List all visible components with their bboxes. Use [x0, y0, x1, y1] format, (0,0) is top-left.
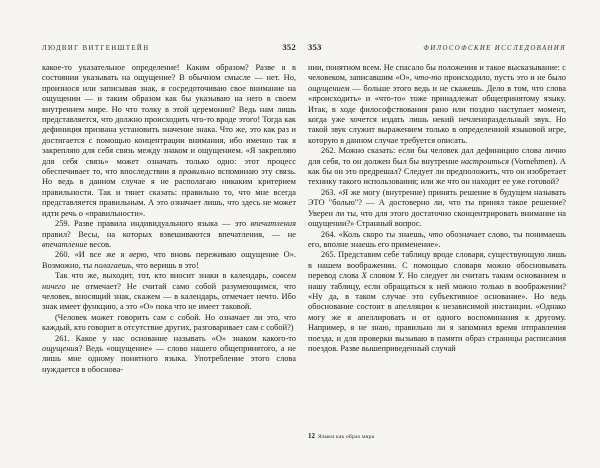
paragraph: какое-то указательное определение! Каким… [42, 63, 296, 219]
paragraph: 265. Представим себе таблицу вроде слова… [308, 250, 566, 354]
text-run: (Человек может говорить сам с собой. Но … [42, 313, 296, 332]
paragraph: 259. Разве правила индивидуального языка… [42, 219, 296, 250]
book-spread: ЛЮДВИГ ВИТГЕНШТЕЙН 352 какое-то указател… [0, 0, 600, 468]
running-head-right: 353 ФИЛОСОФСКИЕ ИССЛЕДОВАНИЯ [308, 42, 566, 52]
paragraph: Так что же, выходит, тот, кто вносит зна… [42, 271, 296, 313]
paragraph: 264. «Коль скоро ты знаешь, что обознача… [308, 230, 566, 251]
text-run: 259. Разве правила индивидуального языка… [55, 219, 251, 228]
signature-mark: 12 Языки как образ мира [308, 432, 566, 440]
text-run-italic: ощущением [308, 84, 350, 93]
running-head-left: ЛЮДВИГ ВИТГЕНШТЕЙН 352 [42, 42, 296, 52]
text-run: , что веришь в это! [132, 261, 199, 270]
text-run-italic: впечатления [251, 219, 296, 228]
page-right: 353 ФИЛОСОФСКИЕ ИССЛЕДОВАНИЯ нии, понятн… [308, 42, 566, 440]
text-run: словом [367, 271, 398, 280]
text-run: весов. [87, 240, 111, 249]
paragraph: 260. «И все же я верю, что вновь пережив… [42, 250, 296, 271]
page-right-body-text: нии, понятном всем. Не спасало бы положе… [308, 63, 566, 429]
text-run-italic: верю [129, 250, 146, 259]
text-run-italic: что-то [414, 73, 441, 82]
text-run-italic: что [429, 230, 443, 239]
running-head-author: ЛЮДВИГ ВИТГЕНШТЕЙН [42, 45, 150, 52]
paragraph: 262. Можно сказать: если бы человек дал … [308, 146, 566, 188]
page-left: ЛЮДВИГ ВИТГЕНШТЕЙН 352 какое-то указател… [42, 42, 296, 429]
text-run: 263. «Я же могу (внутренне) принять реше… [308, 188, 566, 228]
text-run-italic: ощущения [42, 344, 79, 353]
signature-number: 12 [308, 432, 315, 440]
text-run: правил? Весы, на которых взвешиваются вп… [42, 230, 296, 239]
signature-title: Языки как образ мира [318, 434, 374, 440]
text-run-italic: правильно [179, 167, 215, 176]
text-run: происходило, пусть это и не было [442, 73, 566, 82]
text-run: ? Ведь «ощущение» — слово нашего общепри… [42, 344, 296, 374]
text-run: . Но следует ли считать таким основанием… [308, 271, 566, 353]
page-left-body-text: какое-то указательное определение! Каким… [42, 63, 296, 429]
text-run: 261. Какое у нас основание называть «О» … [55, 334, 296, 343]
paragraph: 261. Какое у нас основание называть «О» … [42, 334, 296, 376]
text-run: какое-то указательное определение! Каким… [42, 63, 296, 176]
text-run: Так что же, выходит, тот, кто вносит зна… [55, 271, 272, 280]
paragraph: нии, понятном всем. Не спасало бы положе… [308, 63, 566, 146]
text-run: 264. «Коль скоро ты знаешь, [321, 230, 429, 239]
text-run: не отмечает? Не считай само собой разуме… [42, 282, 296, 312]
paragraph: 263. «Я же могу (внутренне) принять реше… [308, 188, 566, 230]
running-head-title: ФИЛОСОФСКИЕ ИССЛЕДОВАНИЯ [423, 45, 566, 52]
text-run-italic: впечатление [42, 240, 87, 249]
text-run: 260. «И все же я [55, 250, 129, 259]
page-number-right: 353 [308, 42, 322, 52]
paragraph: (Человек может говорить сам с собой. Но … [42, 313, 296, 334]
text-run-italic: настроиться [461, 157, 509, 166]
page-number-left: 352 [282, 42, 296, 52]
text-run-italic: полагаешь [94, 261, 131, 270]
